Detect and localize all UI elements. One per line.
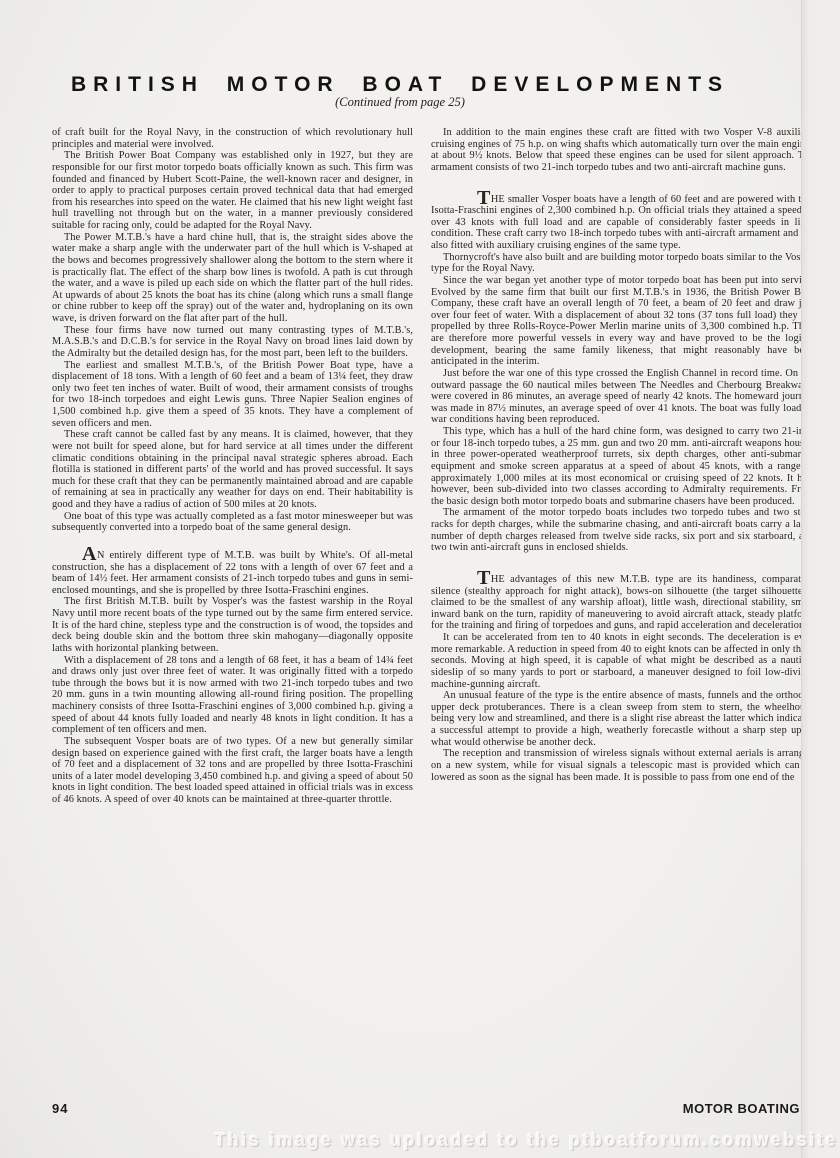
paragraph: This type, which has a hull of the hard … [431,426,802,507]
paragraph: The armament of the motor torpedo boats … [431,507,802,554]
paragraph: In addition to the main engines these cr… [431,127,802,174]
paragraph: The first British M.T.B. built by Vosper… [52,596,413,654]
paragraph: The Power M.T.B.'s have a hard chine hul… [52,232,413,325]
paragraph: Thornycroft's have also built and are bu… [431,252,802,275]
page-number: 94 [52,1101,68,1116]
paragraph: The reception and transmission of wirele… [431,748,802,783]
article-title: BRITISH MOTOR BOAT DEVELOPMENTS [0,73,800,97]
magazine-name: MOTOR BOATING [683,1101,800,1116]
paragraph: These craft cannot be called fast by any… [52,429,413,510]
paragraph: Just before the war one of this type cro… [431,368,802,426]
paragraph: The earliest and smallest M.T.B.'s, of t… [52,360,413,430]
paragraph: Since the war began yet another type of … [431,275,802,368]
drop-cap-word-rest: HE [491,194,505,205]
drop-cap-word-rest: N [97,550,105,561]
paragraph: It can be accelerated from ten to 40 kno… [431,632,802,690]
right-column-clip: In addition to the main engines these cr… [431,127,802,783]
paragraph-dropcap: THE smaller Vosper boats have a length o… [431,194,802,252]
paragraph: These four firms have now turned out man… [52,325,413,360]
right-column: In addition to the main engines these cr… [431,127,802,783]
paragraph: The subsequent Vosper boats are of two t… [52,736,413,806]
watermark-text: This image was uploaded to the ptboatfor… [190,1130,838,1151]
paragraph: An unusual feature of the type is the en… [431,690,802,748]
paragraph: With a displacement of 28 tons and a len… [52,655,413,736]
paragraph-text: entirely different type of M.T.B. was bu… [52,550,413,596]
left-column: of craft built for the Royal Navy, in th… [52,127,413,806]
paragraph: The British Power Boat Company was estab… [52,150,413,231]
paragraph: One boat of this type was actually compl… [52,511,413,534]
continued-from-note: (Continued from page 25) [0,95,800,110]
page-edge-scan-artifact [801,0,840,1158]
paragraph: of craft built for the Royal Navy, in th… [52,127,413,150]
scanned-magazine-page: BRITISH MOTOR BOAT DEVELOPMENTS (Continu… [0,0,840,1158]
drop-cap-word-rest: HE [491,574,505,585]
paragraph-dropcap: THE advantages of this new M.T.B. type a… [431,574,802,632]
paragraph-dropcap: AN entirely different type of M.T.B. was… [52,550,413,597]
